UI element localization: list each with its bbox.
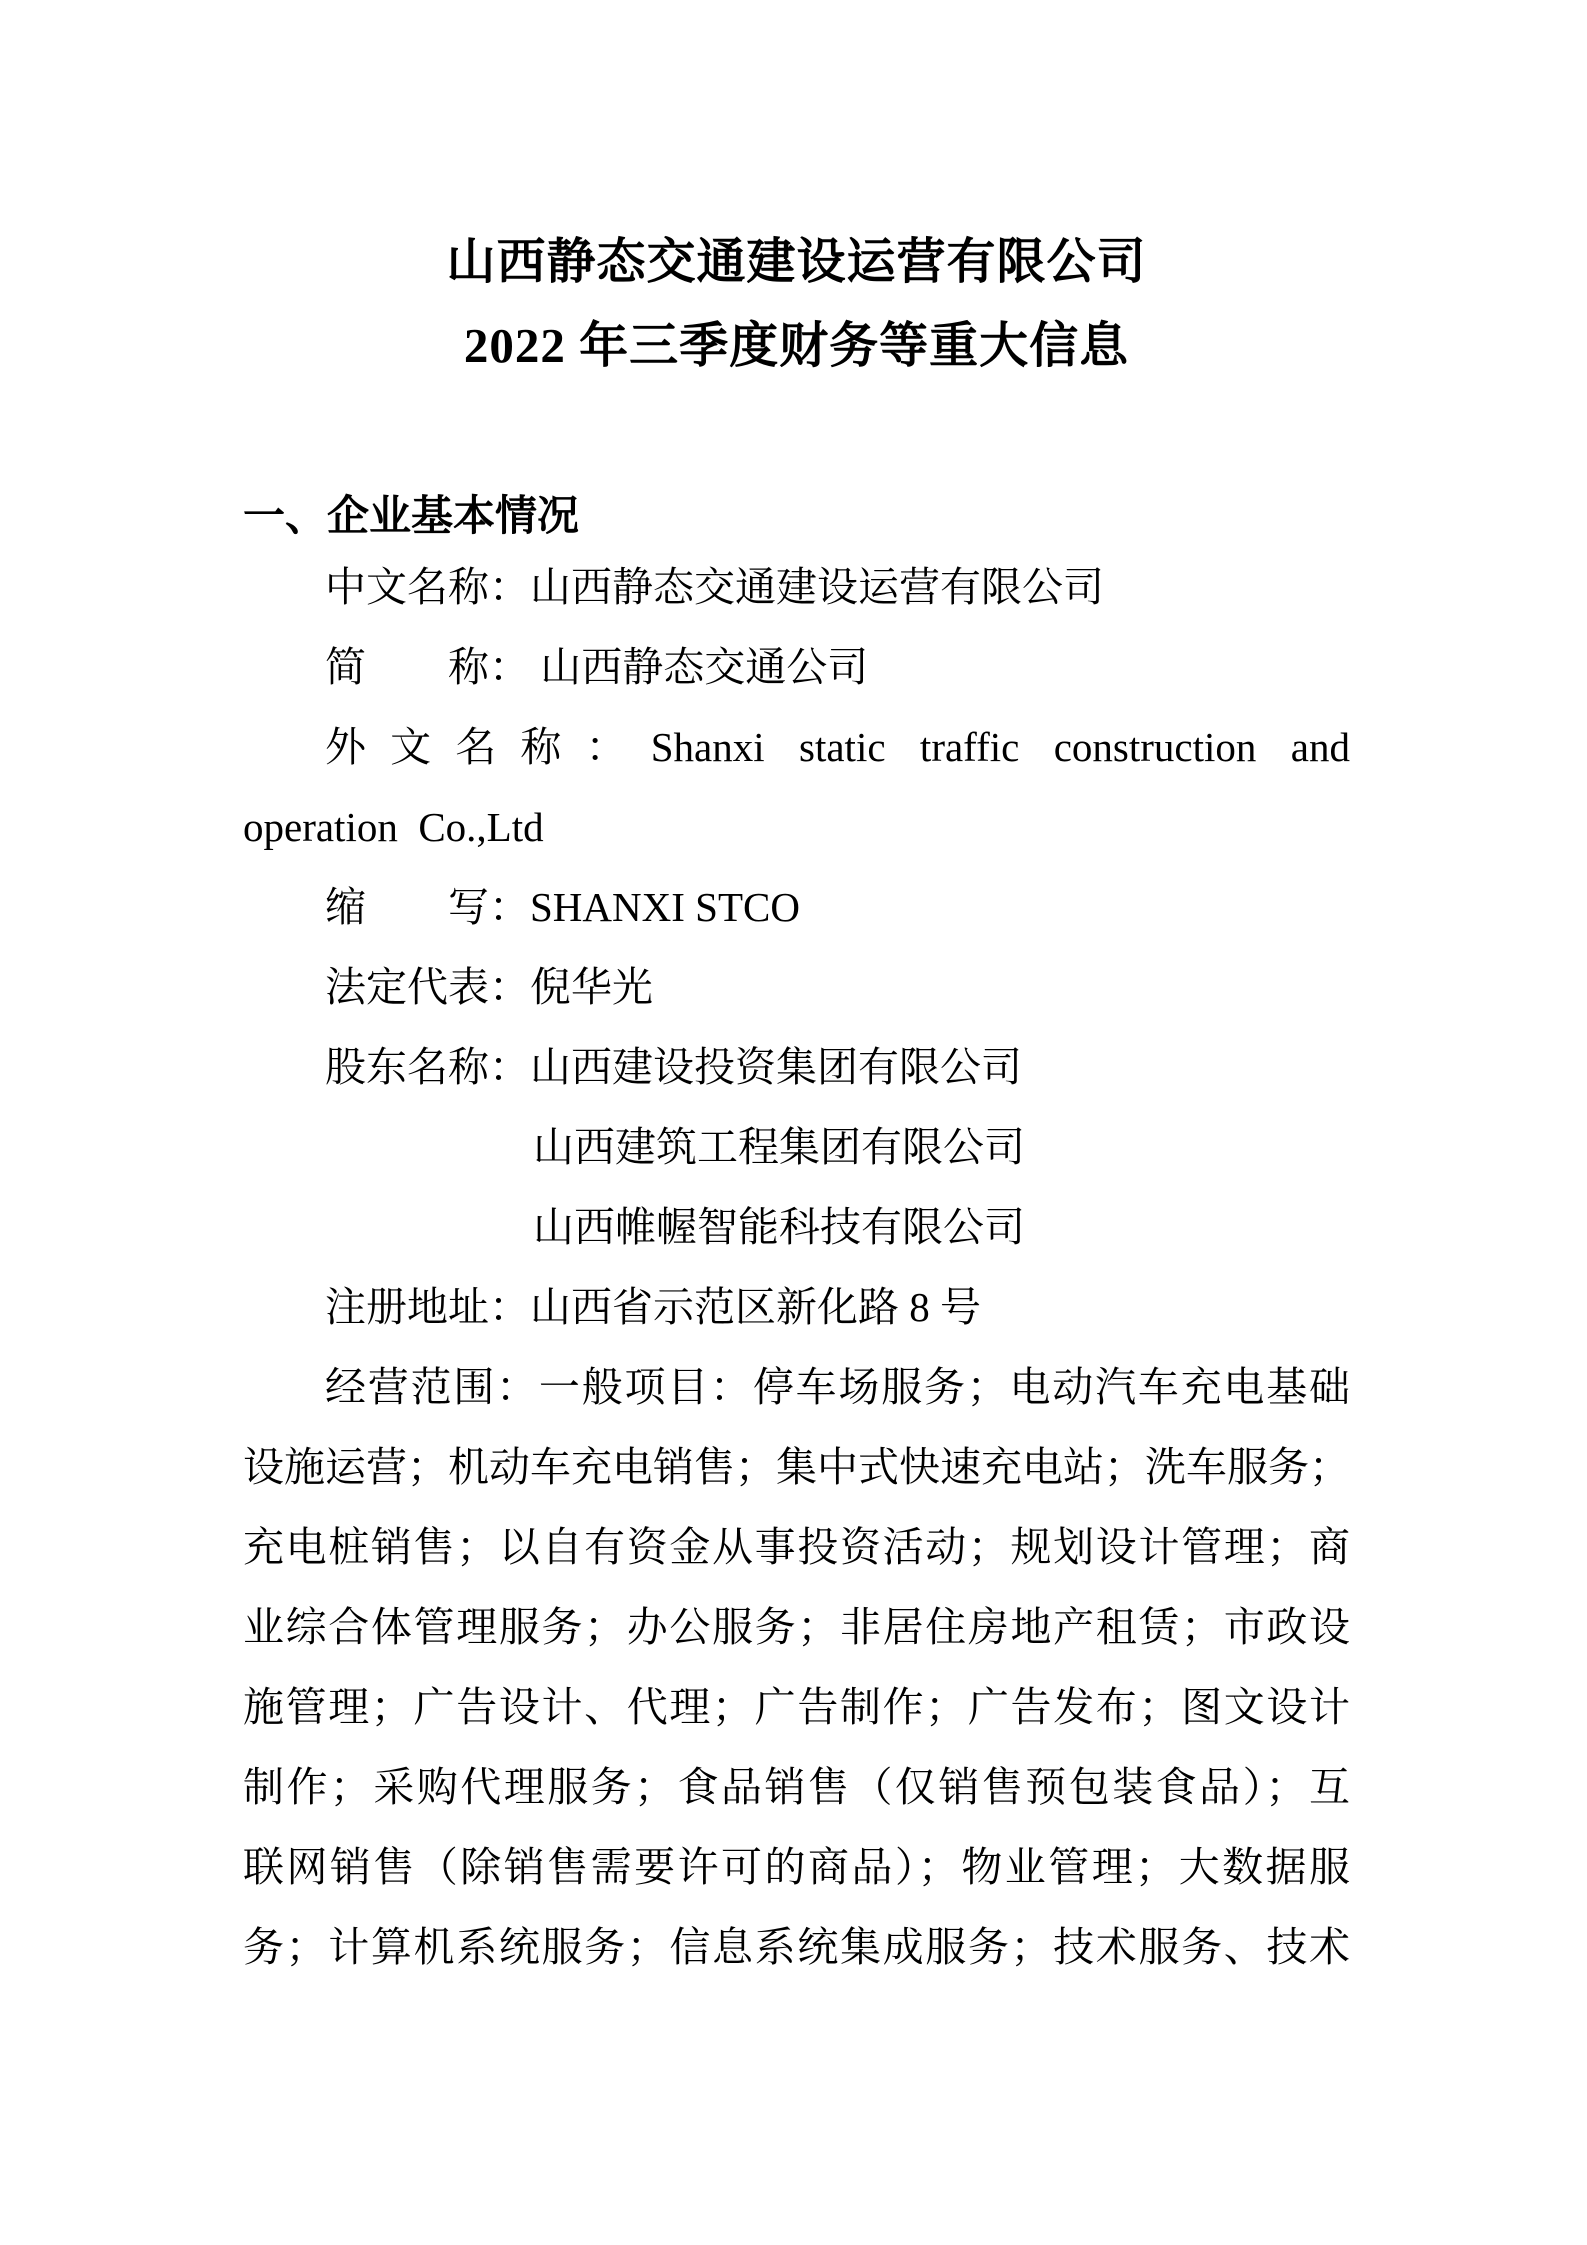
document-content: 山西静态交通建设运营有限公司 2022 年三季度财务等重大信息 一、企业基本情况… xyxy=(243,0,1350,1987)
body-line-scope-7: 联网销售（除销售需要许可的商品）；物业管理；大数据服 xyxy=(243,1827,1350,1907)
body-line-foreign-name-cont: operation Co.,Ltd xyxy=(243,787,1350,867)
body-line-scope-8: 务；计算机系统服务；信息系统集成服务；技术服务、技术 xyxy=(243,1907,1350,1987)
body-line-scope-3: 充电桩销售；以自有资金从事投资活动；规划设计管理；商 xyxy=(243,1507,1350,1587)
document-title-line1: 山西静态交通建设运营有限公司 xyxy=(243,220,1350,304)
body-line-abbreviation: 缩 写：SHANXI STCO xyxy=(243,867,1350,947)
body-line-foreign-name: 外文名称：Shanxi static traffic construction … xyxy=(243,707,1350,787)
body-line-shareholder-2: 山西建筑工程集团有限公司 xyxy=(243,1107,1350,1187)
body-line-shareholder-1: 股东名称：山西建设投资集团有限公司 xyxy=(243,1027,1350,1107)
body-line-scope-4: 业综合体管理服务；办公服务；非居住房地产租赁；市政设 xyxy=(243,1587,1350,1667)
body-line-shareholder-3: 山西帷幄智能科技有限公司 xyxy=(243,1187,1350,1267)
section-heading: 一、企业基本情况 xyxy=(243,485,1350,547)
body-line-legal-rep: 法定代表：倪华光 xyxy=(243,947,1350,1027)
body-line-scope-6: 制作；采购代理服务；食品销售（仅销售预包装食品）；互 xyxy=(243,1747,1350,1827)
document-title-line2: 2022 年三季度财务等重大信息 xyxy=(243,304,1350,388)
body-line-short-name: 简 称： 山西静态交通公司 xyxy=(243,627,1350,707)
document-body: 中文名称：山西静态交通建设运营有限公司 简 称： 山西静态交通公司 外文名称：S… xyxy=(243,547,1350,1987)
body-line-chinese-name: 中文名称：山西静态交通建设运营有限公司 xyxy=(243,547,1350,627)
body-line-scope-2: 设施运营；机动车充电销售；集中式快速充电站；洗车服务； xyxy=(243,1427,1350,1507)
body-line-scope-1: 经营范围：一般项目：停车场服务；电动汽车充电基础 xyxy=(243,1347,1350,1427)
document-page: 山西静态交通建设运营有限公司 2022 年三季度财务等重大信息 一、企业基本情况… xyxy=(0,0,1587,2245)
body-line-scope-5: 施管理；广告设计、代理；广告制作；广告发布；图文设计 xyxy=(243,1667,1350,1747)
body-line-address: 注册地址：山西省示范区新化路 8 号 xyxy=(243,1267,1350,1347)
